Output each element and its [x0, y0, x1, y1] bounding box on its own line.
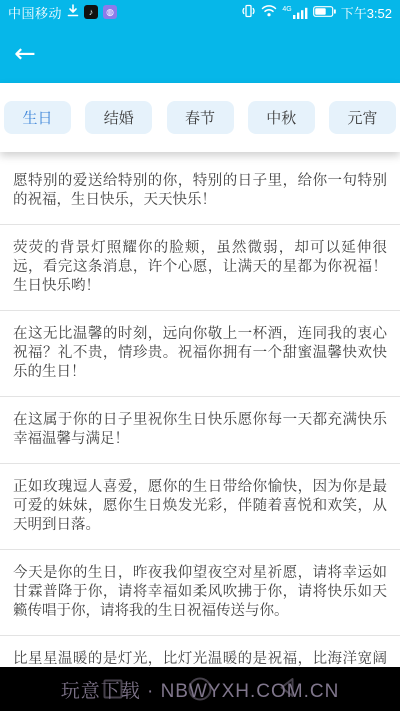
- purple-app-icon: ◍: [103, 5, 117, 19]
- vibrate-icon: [241, 4, 256, 21]
- tiktok-icon: ♪: [84, 5, 98, 19]
- app-header: ←: [0, 24, 400, 83]
- back-arrow-icon: ←: [14, 39, 36, 69]
- greeting-list-item[interactable]: 正如玫瑰逗人喜爱，愿你的生日带给你愉快，因为你是最可爱的妹妹，愿你生日焕发光彩，…: [0, 464, 400, 550]
- greeting-list-item[interactable]: 愿特别的爱送给特别的你，特别的日子里，给你一句特别的祝福，生日快乐，天天快乐！: [0, 158, 400, 225]
- clock: 下午3:52: [341, 3, 392, 22]
- back-button[interactable]: ←: [14, 41, 36, 67]
- recents-button[interactable]: [104, 680, 123, 699]
- recents-square-icon: [104, 680, 123, 699]
- tab-lantern-festival[interactable]: 元宵: [329, 101, 396, 134]
- network-type-label: 4G: [282, 6, 291, 13]
- tab-birthday[interactable]: 生日: [4, 101, 71, 134]
- battery-icon: [313, 5, 336, 20]
- greeting-message-list: 愿特别的爱送给特别的你，特别的日子里，给你一句特别的祝福，生日快乐，天天快乐！ …: [0, 152, 400, 667]
- download-icon: [67, 4, 79, 20]
- home-button[interactable]: [189, 678, 212, 701]
- android-nav-bar: 玩意下载 · NBWYXH.COM.CN: [0, 667, 400, 711]
- status-bar-left: 中国移动 ♪ ◍: [8, 3, 117, 22]
- home-circle-icon: [189, 678, 212, 701]
- tab-mid-autumn[interactable]: 中秋: [248, 101, 315, 134]
- greeting-list-item-partial[interactable]: 比星星温暖的是灯光，比灯光温暖的是祝福，比海洋宽阔的: [0, 636, 400, 667]
- greeting-list-item[interactable]: 在这属于你的日子里祝你生日快乐愿你每一天都充满快乐幸福温馨与满足！: [0, 397, 400, 464]
- status-bar-right: 4G 下午3:52: [241, 3, 392, 22]
- phone-screen: 中国移动 ♪ ◍: [0, 0, 400, 711]
- tab-spring-festival[interactable]: 春节: [167, 101, 234, 134]
- back-triangle-icon: [278, 677, 296, 702]
- carrier-label: 中国移动: [8, 3, 62, 22]
- greeting-list-item[interactable]: 今天是你的生日，昨夜我仰望夜空对星祈愿，请将幸运如甘霖普降于你，请将幸福如柔风吹…: [0, 550, 400, 636]
- status-bar: 中国移动 ♪ ◍: [0, 0, 400, 24]
- tab-wedding[interactable]: 结婚: [85, 101, 152, 134]
- category-tab-bar: 生日 结婚 春节 中秋 元宵: [0, 83, 400, 152]
- nav-back-button[interactable]: [278, 677, 296, 702]
- wifi-icon: [261, 4, 277, 20]
- signal-icon: 4G: [282, 6, 307, 19]
- greeting-list-item[interactable]: 在这无比温馨的时刻，远向你敬上一杯酒，连同我的衷心祝福？礼不贵，情珍贵。祝福你拥…: [0, 311, 400, 397]
- greeting-list-item[interactable]: 荧荧的背景灯照耀你的脸颊，虽然微弱，却可以延伸很远，看完这条消息，许个心愿，让满…: [0, 225, 400, 311]
